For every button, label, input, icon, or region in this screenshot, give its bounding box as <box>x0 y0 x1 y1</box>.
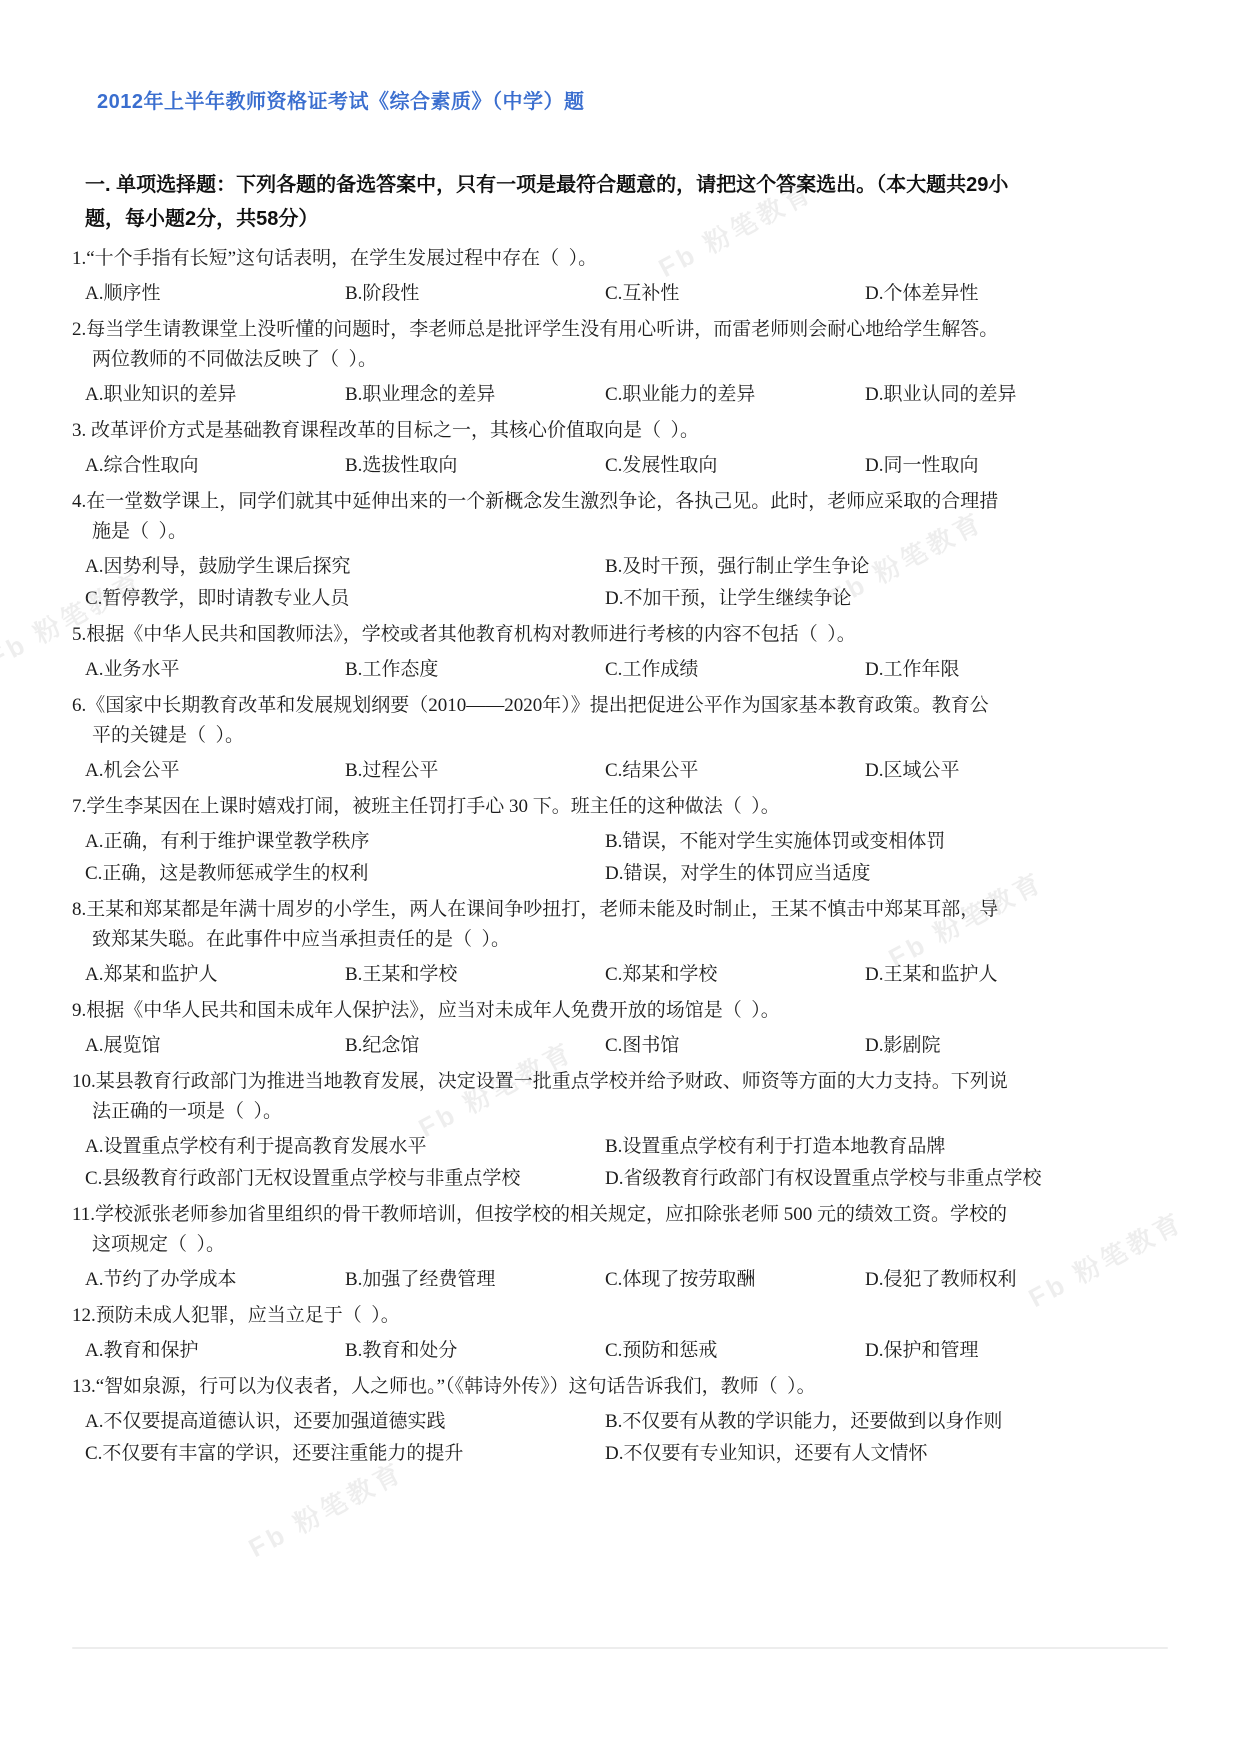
question-item: 12.预防未成人犯罪，应当立足于（ ）。A.教育和保护B.教育和处分C.预防和惩… <box>72 1301 1168 1366</box>
question-options: A.业务水平B.工作态度C.工作成绩D.工作年限 <box>72 655 1168 685</box>
option: D.职业认同的差异 <box>865 380 1168 410</box>
option: C.预防和惩戒 <box>605 1336 865 1366</box>
question-options: A.展览馆B.纪念馆C.图书馆D.影剧院 <box>72 1031 1168 1061</box>
option: D.同一性取向 <box>865 451 1168 481</box>
question-options: A.郑某和监护人B.王某和学校C.郑某和学校D.王某和监护人 <box>72 960 1168 990</box>
question-item: 9.根据《中华人民共和国未成年人保护法》，应当对未成年人免费开放的场馆是（ ）。… <box>72 996 1168 1061</box>
option: B.王某和学校 <box>345 960 605 990</box>
option: B.职业理念的差异 <box>345 380 605 410</box>
option: C.正确，这是教师惩戒学生的权利 <box>85 859 605 889</box>
question-item: 4.在一堂数学课上，同学们就其中延伸出来的一个新概念发生激烈争论，各执己见。此时… <box>72 487 1168 614</box>
question-item: 3. 改革评价方式是基础教育课程改革的目标之一，其核心价值取向是（ ）。A.综合… <box>72 416 1168 481</box>
question-stem: 10.某县教育行政部门为推进当地教育发展，决定设置一批重点学校并给予财政、师资等… <box>72 1067 1168 1127</box>
option: B.纪念馆 <box>345 1031 605 1061</box>
page-title: 2012年上半年教师资格证考试《综合素质》（中学）题 <box>97 88 1168 116</box>
question-options: A.综合性取向B.选拔性取向C.发展性取向D.同一性取向 <box>72 451 1168 481</box>
option: D.王某和监护人 <box>865 960 1168 990</box>
question-item: 6.《国家中长期教育改革和发展规划纲要（2010——2020年）》提出把促进公平… <box>72 691 1168 786</box>
option: A.机会公平 <box>85 756 345 786</box>
question-options: A.不仅要提高道德认识，还要加强道德实践B.不仅要有从教的学识能力，还要做到以身… <box>72 1407 1168 1469</box>
question-item: 10.某县教育行政部门为推进当地教育发展，决定设置一批重点学校并给予财政、师资等… <box>72 1067 1168 1194</box>
question-stem: 13.“智如泉源，行可以为仪表者，人之师也。”（《韩诗外传》）这句话告诉我们，教… <box>72 1372 1168 1402</box>
option: C.郑某和学校 <box>605 960 865 990</box>
option: B.阶段性 <box>345 279 605 309</box>
option: B.设置重点学校有利于打造本地教育品牌 <box>605 1132 1168 1162</box>
option: D.不仅要有专业知识，还要有人文情怀 <box>605 1439 1168 1469</box>
option: A.正确，有利于维护课堂教学秩序 <box>85 827 605 857</box>
option: B.不仅要有从教的学识能力，还要做到以身作则 <box>605 1407 1168 1437</box>
footer-divider <box>72 1647 1168 1649</box>
question-stem: 6.《国家中长期教育改革和发展规划纲要（2010——2020年）》提出把促进公平… <box>72 691 1168 751</box>
option: D.区域公平 <box>865 756 1168 786</box>
option: A.职业知识的差异 <box>85 380 345 410</box>
option: A.展览馆 <box>85 1031 345 1061</box>
question-options: A.顺序性B.阶段性C.互补性D.个体差异性 <box>72 279 1168 309</box>
option: D.影剧院 <box>865 1031 1168 1061</box>
exam-page: Fb 粉笔教育 Fb 粉笔教育 Fb 粉笔教育 Fb 粉笔教育 Fb 粉笔教育 … <box>0 0 1240 1754</box>
question-options: A.因势利导，鼓励学生课后探究B.及时干预，强行制止学生争论C.暂停教学，即时请… <box>72 552 1168 614</box>
option: A.节约了办学成本 <box>85 1265 345 1295</box>
question-options: A.机会公平B.过程公平C.结果公平D.区域公平 <box>72 756 1168 786</box>
option: B.教育和处分 <box>345 1336 605 1366</box>
question-stem: 4.在一堂数学课上，同学们就其中延伸出来的一个新概念发生激烈争论，各执己见。此时… <box>72 487 1168 547</box>
question-item: 5.根据《中华人民共和国教师法》，学校或者其他教育机构对教师进行考核的内容不包括… <box>72 620 1168 685</box>
option: C.发展性取向 <box>605 451 865 481</box>
question-item: 7.学生李某因在上课时嬉戏打闹，被班主任罚打手心 30 下。班主任的这种做法（ … <box>72 792 1168 889</box>
question-stem: 5.根据《中华人民共和国教师法》，学校或者其他教育机构对教师进行考核的内容不包括… <box>72 620 1168 650</box>
question-item: 1.“十个手指有长短”这句话表明，在学生发展过程中存在（ ）。A.顺序性B.阶段… <box>72 244 1168 309</box>
question-stem: 2.每当学生请教课堂上没听懂的问题时，李老师总是批评学生没有用心听讲，而雷老师则… <box>72 315 1168 375</box>
question-item: 2.每当学生请教课堂上没听懂的问题时，李老师总是批评学生没有用心听讲，而雷老师则… <box>72 315 1168 410</box>
option: A.不仅要提高道德认识，还要加强道德实践 <box>85 1407 605 1437</box>
option: A.综合性取向 <box>85 451 345 481</box>
question-options: A.教育和保护B.教育和处分C.预防和惩戒D.保护和管理 <box>72 1336 1168 1366</box>
option: C.职业能力的差异 <box>605 380 865 410</box>
option: C.结果公平 <box>605 756 865 786</box>
option: D.侵犯了教师权利 <box>865 1265 1168 1295</box>
option: C.县级教育行政部门无权设置重点学校与非重点学校 <box>85 1164 605 1194</box>
option: D.不加干预，让学生继续争论 <box>605 584 1168 614</box>
option: B.及时干预，强行制止学生争论 <box>605 552 1168 582</box>
option: B.错误，不能对学生实施体罚或变相体罚 <box>605 827 1168 857</box>
option: B.过程公平 <box>345 756 605 786</box>
question-stem: 7.学生李某因在上课时嬉戏打闹，被班主任罚打手心 30 下。班主任的这种做法（ … <box>72 792 1168 822</box>
option: B.加强了经费管理 <box>345 1265 605 1295</box>
option: A.顺序性 <box>85 279 345 309</box>
option: C.图书馆 <box>605 1031 865 1061</box>
option: D.省级教育行政部门有权设置重点学校与非重点学校 <box>605 1164 1168 1194</box>
option: A.业务水平 <box>85 655 345 685</box>
option: C.暂停教学，即时请教专业人员 <box>85 584 605 614</box>
question-options: A.正确，有利于维护课堂教学秩序B.错误，不能对学生实施体罚或变相体罚C.正确，… <box>72 827 1168 889</box>
option: A.郑某和监护人 <box>85 960 345 990</box>
option: A.教育和保护 <box>85 1336 345 1366</box>
question-stem: 1.“十个手指有长短”这句话表明，在学生发展过程中存在（ ）。 <box>72 244 1168 274</box>
question-stem: 12.预防未成人犯罪，应当立足于（ ）。 <box>72 1301 1168 1331</box>
option: B.选拔性取向 <box>345 451 605 481</box>
option: D.错误，对学生的体罚应当适度 <box>605 859 1168 889</box>
question-item: 11.学校派张老师参加省里组织的骨干教师培训，但按学校的相关规定，应扣除张老师 … <box>72 1200 1168 1295</box>
option: A.设置重点学校有利于提高教育发展水平 <box>85 1132 605 1162</box>
option: D.个体差异性 <box>865 279 1168 309</box>
question-stem: 11.学校派张老师参加省里组织的骨干教师培训，但按学校的相关规定，应扣除张老师 … <box>72 1200 1168 1260</box>
option: C.不仅要有丰富的学识，还要注重能力的提升 <box>85 1439 605 1469</box>
question-item: 8.王某和郑某都是年满十周岁的小学生，两人在课间争吵扭打，老师未能及时制止，王某… <box>72 895 1168 990</box>
option: C.互补性 <box>605 279 865 309</box>
question-stem: 8.王某和郑某都是年满十周岁的小学生，两人在课间争吵扭打，老师未能及时制止，王某… <box>72 895 1168 955</box>
question-stem: 9.根据《中华人民共和国未成年人保护法》，应当对未成年人免费开放的场馆是（ ）。 <box>72 996 1168 1026</box>
question-item: 13.“智如泉源，行可以为仪表者，人之师也。”（《韩诗外传》）这句话告诉我们，教… <box>72 1372 1168 1469</box>
section-heading: 一. 单项选择题：下列各题的备选答案中，只有一项是最符合题意的，请把这个答案选出… <box>72 168 1168 236</box>
questions-list: 1.“十个手指有长短”这句话表明，在学生发展过程中存在（ ）。A.顺序性B.阶段… <box>72 244 1168 1469</box>
option: D.工作年限 <box>865 655 1168 685</box>
question-options: A.职业知识的差异B.职业理念的差异C.职业能力的差异D.职业认同的差异 <box>72 380 1168 410</box>
option: C.工作成绩 <box>605 655 865 685</box>
question-stem: 3. 改革评价方式是基础教育课程改革的目标之一，其核心价值取向是（ ）。 <box>72 416 1168 446</box>
question-options: A.设置重点学校有利于提高教育发展水平B.设置重点学校有利于打造本地教育品牌C.… <box>72 1132 1168 1194</box>
option: B.工作态度 <box>345 655 605 685</box>
question-options: A.节约了办学成本B.加强了经费管理C.体现了按劳取酬D.侵犯了教师权利 <box>72 1265 1168 1295</box>
option: C.体现了按劳取酬 <box>605 1265 865 1295</box>
option: D.保护和管理 <box>865 1336 1168 1366</box>
option: A.因势利导，鼓励学生课后探究 <box>85 552 605 582</box>
